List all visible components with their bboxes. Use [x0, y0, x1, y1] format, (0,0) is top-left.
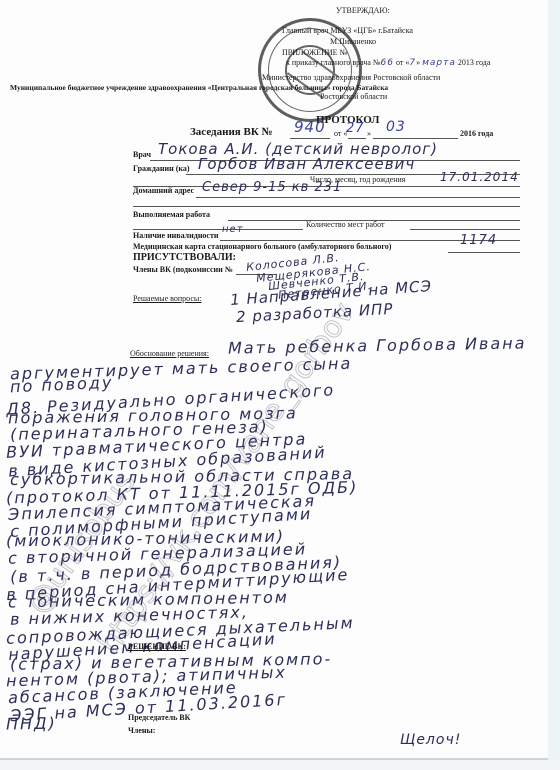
work-label: Выполняемая работа: [133, 210, 210, 219]
disability-label: Наличие инвалидности: [133, 231, 219, 240]
citizen-label: Гражданин (ка): [133, 164, 190, 173]
signature: Щелоч!: [400, 732, 461, 748]
order-number: 66: [381, 58, 394, 68]
dob-value: 17.01.2014: [440, 170, 519, 184]
session-month: 03: [386, 119, 406, 135]
order-month: марта: [422, 58, 456, 68]
doctor-label: Врач: [133, 150, 151, 159]
session-number: 940: [294, 118, 326, 136]
approval-line-1: Главный врач МБУЗ «ЦГБ» г.Батайска: [282, 26, 413, 35]
justification-line: по поводу: [10, 372, 114, 396]
justification-line: ПНД): [6, 713, 57, 733]
order-from: от «: [396, 58, 409, 67]
session-year: 2016 года: [460, 129, 493, 138]
appendix-label: ПРИЛОЖЕНИЕ №: [282, 48, 347, 57]
present-label: ПРИСУТСТВОВАЛИ:: [133, 252, 236, 263]
address-value: Север 9-15 кв 231: [202, 180, 342, 195]
order-day: 7: [409, 58, 416, 68]
scan-bottom-edge: [0, 760, 560, 770]
medcard-label: Медицинская карта стационарного больного…: [133, 242, 391, 251]
order-line: к приказу главного врача №66 от «7» март…: [286, 58, 490, 68]
members-signoff-label: Члены:: [128, 726, 155, 735]
document-page: УТВЕРЖДАЮ: Главный врач МБУЗ «ЦГБ» г.Бат…: [0, 0, 549, 760]
approval-line-2: М.Пиваненко: [330, 37, 376, 46]
region: Ростовской области: [320, 92, 387, 101]
jobs-label: Количество мест работ: [306, 220, 385, 229]
scan-edge: [548, 0, 560, 770]
ministry: Министерство здравоохранения Ростовской …: [262, 73, 440, 82]
order-year: 2013 года: [458, 58, 490, 67]
decision-label: РЕШЕНИЕ ВК:: [128, 642, 186, 651]
members-label: Члены ВК (подкомиссии №: [133, 265, 233, 274]
citizen-value: Горбов Иван Алексеевич: [198, 155, 415, 173]
order-prefix: к приказу главного врача №: [286, 58, 381, 67]
institution: Муниципальное бюджетное учреждение здрав…: [10, 83, 388, 92]
approval-heading: УТВЕРЖДАЮ:: [336, 6, 390, 15]
justification-line: Мать ребенка Горбова Ивана: [228, 333, 527, 357]
chairman-label: Председатель ВК: [128, 713, 190, 722]
questions-label: Решаемые вопросы:: [133, 294, 202, 303]
quote-close: »: [367, 129, 371, 138]
session-label: Заседания ВК №: [190, 126, 273, 138]
medcard-value: 1174: [460, 233, 497, 248]
justification-label: Обоснование решения:: [130, 349, 209, 358]
chairman-text: Председатель ВК: [128, 713, 190, 722]
disability-value: нет: [222, 224, 244, 235]
address-label: Домашний адрес: [133, 186, 194, 195]
session-day: 27: [346, 121, 365, 136]
